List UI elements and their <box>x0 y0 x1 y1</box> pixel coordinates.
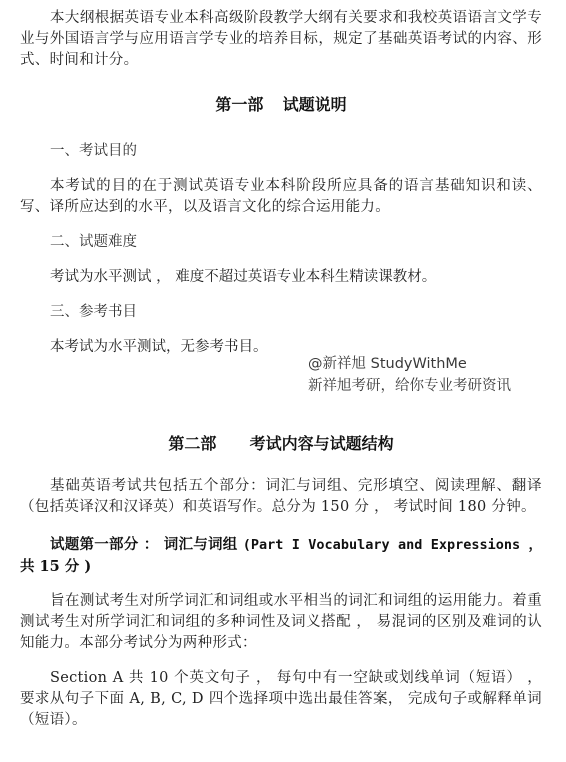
part2-title: 第二部 考试内容与试题结构 <box>20 432 542 456</box>
watermark-tagline: 新祥旭考研，给你专业考研资讯 <box>308 375 511 397</box>
part2-overview: 基础英语考试共包括五个部分：词汇与词组、完形填空、阅读理解、翻译（包括英译汉和汉… <box>20 476 542 518</box>
watermark: @新祥旭 StudyWithMe 新祥旭考研，给你专业考研资讯 <box>308 353 511 397</box>
section-a-description: Section A 共 10 个英文句子 ， 每句中有一空缺或划线单词（短语） … <box>20 668 542 731</box>
section-body-difficulty: 考试为水平测试 ， 难度不超过英语专业本科生精读课教材。 <box>20 267 542 288</box>
subsection-label-tail: 共 15 分 ) <box>20 558 91 575</box>
subsection-description: 旨在测试考生对所学词汇和词组或水平相当的词汇和词组的运用能力。着重测试考生对所学… <box>20 591 542 654</box>
part1-title-text: 试题说明 <box>283 95 347 114</box>
subsection-label-en: (Part I Vocabulary and Expressions ， <box>243 537 542 553</box>
section-heading-references: 三、参考书目 <box>20 302 542 323</box>
part2-title-text: 考试内容与试题结构 <box>250 434 394 453</box>
part1-title-number: 第一部 <box>215 95 263 114</box>
section-body-purpose: 本考试的目的在于测试英语专业本科阶段所应具备的语言基础知识和读、写、译所应达到的… <box>20 176 542 218</box>
subsection-label-cn: 试题第一部分 ： 词汇与词组 <box>50 536 238 553</box>
section-heading-purpose: 一、考试目的 <box>20 141 542 162</box>
section-heading-difficulty: 二、试题难度 <box>20 232 542 253</box>
subsection-heading-vocabulary: 试题第一部分 ： 词汇与词组 (Part I Vocabulary and Ex… <box>20 534 542 577</box>
intro-paragraph: 本大纲根据英语专业本科高级阶段教学大纲有关要求和我校英语语言文学专业与外国语言学… <box>20 8 542 71</box>
watermark-handle: @新祥旭 StudyWithMe <box>308 353 511 375</box>
part1-title: 第一部 试题说明 <box>20 93 542 117</box>
part2-title-number: 第二部 <box>168 434 216 453</box>
